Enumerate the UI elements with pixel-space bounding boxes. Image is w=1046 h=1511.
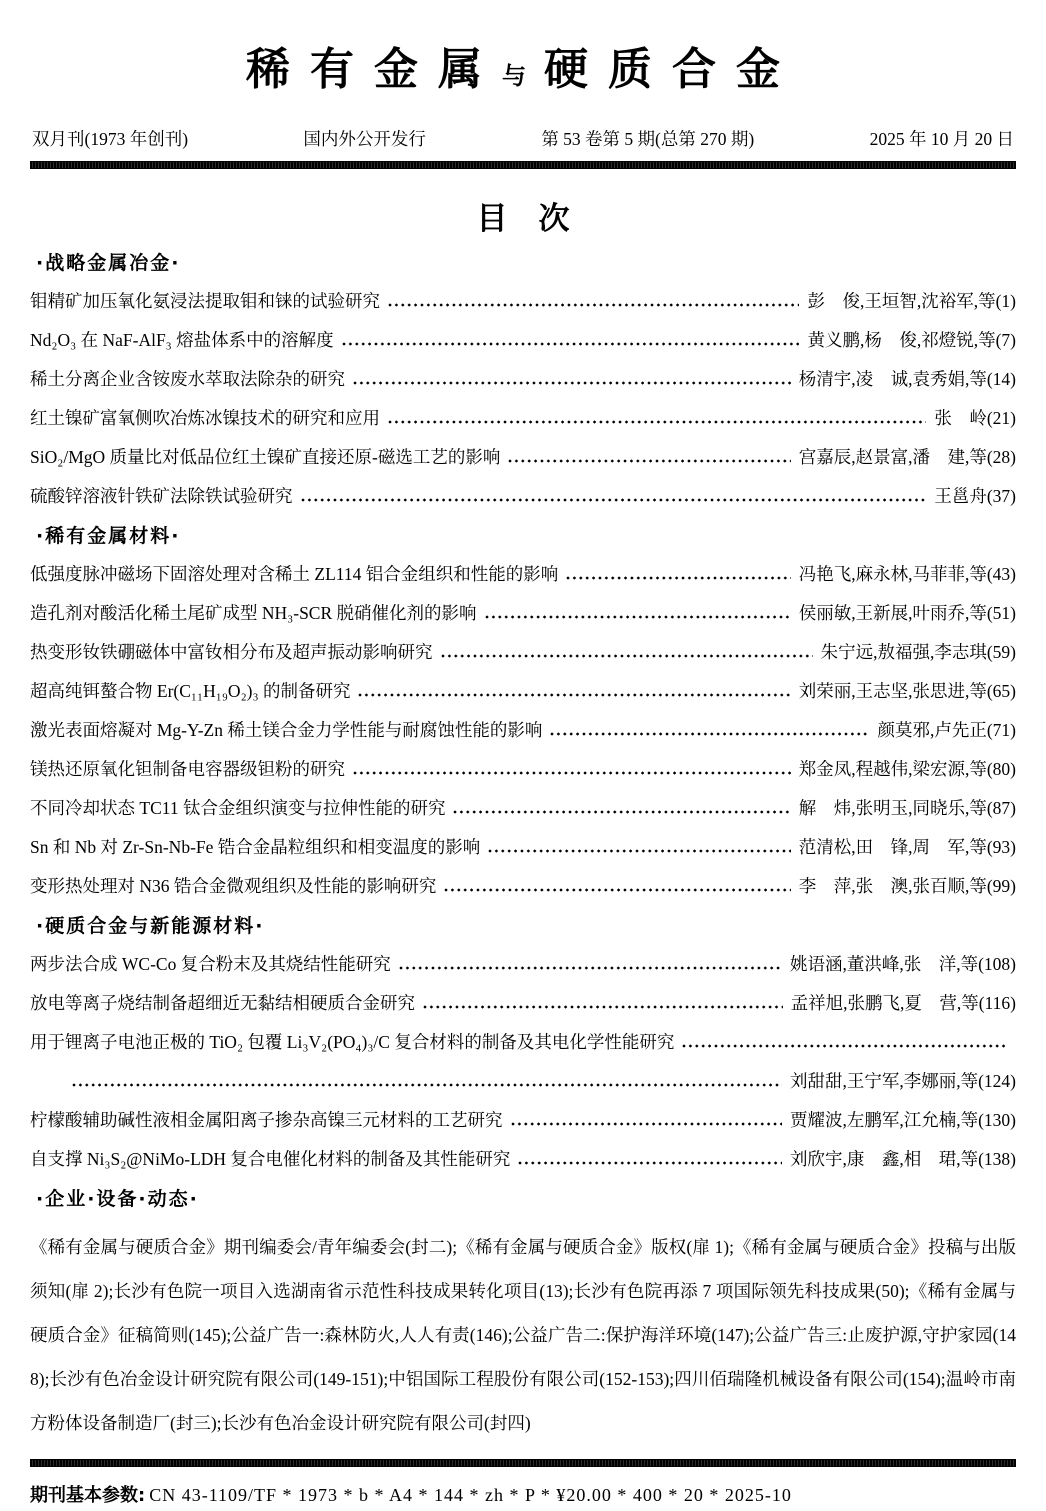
dot-leader <box>566 576 790 580</box>
entry-authors: 刘甜甜,王宁军,李娜丽,等 <box>790 1069 978 1093</box>
section-heading-enterprise-equipment-news: ·企业·设备·动态· <box>36 1186 1016 1212</box>
misc-items-paragraph: 《稀有金属与硬质合金》期刊编委会/青年编委会(封二);《稀有金属与硬质合金》版权… <box>30 1225 1016 1445</box>
dot-leader <box>388 303 799 307</box>
entry-title: 放电等离子烧结制备超细近无黏结相硬质合金研究 <box>30 991 415 1015</box>
toc-entry: Sn 和 Nb 对 Zr-Sn-Nb-Fe 锆合金晶粒组织和相变温度的影响范清松… <box>30 835 1016 859</box>
entry-title: 超高纯铒螯合物 Er(C₁₁H₁₉O₂)₃ 的制备研究 <box>30 679 350 703</box>
toc-entry: 变形热处理对 N36 锆合金微观组织及性能的影响研究李 萍,张 澳,张百顺,等(… <box>30 874 1016 898</box>
entry-authors: 解 炜,张明玉,同晓乐,等 <box>799 796 987 820</box>
entry-page: (65) <box>987 679 1016 703</box>
section-heading-strategic-metallurgy: ·战略金属冶金· <box>36 250 1016 276</box>
entry-page: (138) <box>978 1147 1016 1171</box>
entry-page: (93) <box>987 835 1016 859</box>
toc-entry: 自支撑 Ni₃S₂@NiMo-LDH 复合电催化材料的制备及其性能研究刘欣宇,康… <box>30 1147 1016 1171</box>
entry-page: (130) <box>978 1108 1016 1132</box>
entry-page: (7) <box>996 328 1016 352</box>
entry-authors: 贾耀波,左鹏军,江允楠,等 <box>790 1108 978 1132</box>
entry-page: (99) <box>987 874 1016 898</box>
dot-leader <box>342 342 800 346</box>
entry-title: 柠檬酸辅助碱性液相金属阳离子掺杂高镍三元材料的工艺研究 <box>30 1108 503 1132</box>
entry-title: 低强度脉冲磁场下固溶处理对含稀土 ZL114 铝合金组织和性能的影响 <box>30 562 558 586</box>
entry-page: (1) <box>996 289 1016 313</box>
entry-title: 稀土分离企业含铵废水萃取法除杂的研究 <box>30 367 345 391</box>
section-heading-rare-metal-materials: ·稀有金属材料· <box>36 523 1016 549</box>
entry-page: (59) <box>987 640 1016 664</box>
dot-leader <box>301 498 927 502</box>
toc-entry: 放电等离子烧结制备超细近无黏结相硬质合金研究孟祥旭,张鹏飞,夏 营,等(116) <box>30 991 1016 1015</box>
toc-entry: 热变形钕铁硼磁体中富钕相分布及超声振动影响研究朱宁远,敖福强,李志琪(59) <box>30 640 1016 664</box>
dot-leader <box>72 1083 782 1087</box>
toc-entry: 镁热还原氧化钽制备电容器级钽粉的研究郑金凤,程越伟,梁宏源,等(80) <box>30 757 1016 781</box>
dot-leader <box>508 459 790 463</box>
entry-title: 自支撑 Ni₃S₂@NiMo-LDH 复合电催化材料的制备及其性能研究 <box>30 1147 510 1171</box>
entry-authors: 侯丽敏,王新展,叶雨乔,等 <box>799 601 987 625</box>
journal-toc-page: 稀有金属与硬质合金 双月刊(1973 年创刊) 国内外公开发行 第 53 卷第 … <box>0 0 1046 1507</box>
entry-title: 变形热处理对 N36 锆合金微观组织及性能的影响研究 <box>30 874 436 898</box>
journal-title-right: 硬质合金 <box>544 44 800 95</box>
divider-rule-bottom <box>30 1459 1016 1467</box>
entry-title: SiO₂/MgO 质量比对低品位红土镍矿直接还原-磁选工艺的影响 <box>30 445 500 469</box>
dot-leader <box>485 615 791 619</box>
entry-title: 热变形钕铁硼磁体中富钕相分布及超声振动影响研究 <box>30 640 433 664</box>
toc-entry: SiO₂/MgO 质量比对低品位红土镍矿直接还原-磁选工艺的影响宫嘉辰,赵景富,… <box>30 445 1016 469</box>
divider-rule-top <box>30 161 1016 169</box>
entry-authors: 杨清宇,凌 诚,袁秀娟,等 <box>799 367 987 391</box>
journal-parameters-row: 期刊基本参数: CN 43-1109/TF * 1973 * b * A4 * … <box>30 1481 1016 1507</box>
dot-leader <box>353 381 791 385</box>
publication-frequency: 双月刊(1973 年创刊) <box>32 126 188 151</box>
dot-leader <box>388 420 926 424</box>
entry-title: 不同冷却状态 TC11 钛合金组织演变与拉伸性能的研究 <box>30 796 445 820</box>
toc-entry: 红土镍矿富氧侧吹冶炼冰镍技术的研究和应用张 岭(21) <box>30 406 1016 430</box>
entry-page: (116) <box>979 991 1016 1015</box>
toc-entry: 柠檬酸辅助碱性液相金属阳离子掺杂高镍三元材料的工艺研究贾耀波,左鹏军,江允楠,等… <box>30 1108 1016 1132</box>
entry-authors: 颜莫邪,卢先正 <box>877 718 986 742</box>
entry-authors: 刘欣宇,康 鑫,相 珺,等 <box>790 1147 978 1171</box>
entry-title: 激光表面熔凝对 Mg-Y-Zn 稀土镁合金力学性能与耐腐蚀性能的影响 <box>30 718 542 742</box>
dot-leader <box>453 810 790 814</box>
dot-leader <box>518 1161 782 1165</box>
toc-entry: 两步法合成 WC-Co 复合粉末及其烧结性能研究姚语涵,董洪峰,张 洋,等(10… <box>30 952 1016 976</box>
entry-authors: 李 萍,张 澳,张百顺,等 <box>799 874 987 898</box>
entry-authors: 郑金凤,程越伟,梁宏源,等 <box>799 757 987 781</box>
entry-page: (28) <box>987 445 1016 469</box>
publication-date: 2025 年 10 月 20 日 <box>870 126 1014 151</box>
entry-title: 造孔剂对酸活化稀土尾矿成型 NH₃-SCR 脱硝催化剂的影响 <box>30 601 477 625</box>
entry-page: (37) <box>987 484 1016 508</box>
entry-authors: 姚语涵,董洪峰,张 洋,等 <box>790 952 978 976</box>
toc-title: 目 次 <box>30 193 1016 238</box>
dot-leader <box>423 1005 783 1009</box>
entry-authors: 冯艳飞,麻永林,马菲菲,等 <box>799 562 987 586</box>
entry-title: 红土镍矿富氧侧吹冶炼冰镍技术的研究和应用 <box>30 406 380 430</box>
toc-entry: 稀土分离企业含铵废水萃取法除杂的研究杨清宇,凌 诚,袁秀娟,等(14) <box>30 367 1016 391</box>
dot-leader <box>399 966 782 970</box>
entry-page: (80) <box>987 757 1016 781</box>
entry-title: Nd₂O₃ 在 NaF-AlF₃ 熔盐体系中的溶解度 <box>30 328 334 352</box>
entry-title: 钼精矿加压氧化氨浸法提取钼和铼的试验研究 <box>30 289 380 313</box>
section-heading-carbide-new-energy: ·硬质合金与新能源材料· <box>36 913 1016 939</box>
toc-entry: 不同冷却状态 TC11 钛合金组织演变与拉伸性能的研究解 炜,张明玉,同晓乐,等… <box>30 796 1016 820</box>
entry-title: 两步法合成 WC-Co 复合粉末及其烧结性能研究 <box>30 952 391 976</box>
journal-title-connector: 与 <box>502 62 544 90</box>
entry-authors: 范清松,田 锋,周 军,等 <box>799 835 987 859</box>
entry-authors: 王邕舟 <box>934 484 987 508</box>
entry-page: (108) <box>978 952 1016 976</box>
dot-leader <box>353 771 791 775</box>
dot-leader <box>488 849 790 853</box>
dot-leader <box>441 654 813 658</box>
entry-authors: 孟祥旭,张鹏飞,夏 营,等 <box>791 991 979 1015</box>
entry-page: (21) <box>987 406 1016 430</box>
entry-authors: 朱宁远,敖福强,李志琪 <box>821 640 987 664</box>
entry-authors: 彭 俊,王垣智,沈裕军,等 <box>807 289 995 313</box>
toc-entry: 低强度脉冲磁场下固溶处理对含稀土 ZL114 铝合金组织和性能的影响冯艳飞,麻永… <box>30 562 1016 586</box>
toc-entry: 激光表面熔凝对 Mg-Y-Zn 稀土镁合金力学性能与耐腐蚀性能的影响颜莫邪,卢先… <box>30 718 1016 742</box>
entry-page: (43) <box>987 562 1016 586</box>
entry-page: (51) <box>987 601 1016 625</box>
toc-entry: Nd₂O₃ 在 NaF-AlF₃ 熔盐体系中的溶解度黄义鹏,杨 俊,祁燈锐,等(… <box>30 328 1016 352</box>
journal-parameters-value: CN 43-1109/TF * 1973 * b * A4 * 144 * zh… <box>149 1485 792 1506</box>
entry-authors: 宫嘉辰,赵景富,潘 建,等 <box>799 445 987 469</box>
toc-entry: 钼精矿加压氧化氨浸法提取钼和铼的试验研究彭 俊,王垣智,沈裕军,等(1) <box>30 289 1016 313</box>
entry-page: (14) <box>987 367 1016 391</box>
entry-page: (124) <box>978 1069 1016 1093</box>
entry-page: (87) <box>987 796 1016 820</box>
toc-entry: 造孔剂对酸活化稀土尾矿成型 NH₃-SCR 脱硝催化剂的影响侯丽敏,王新展,叶雨… <box>30 601 1016 625</box>
journal-title: 稀有金属与硬质合金 <box>30 44 1016 102</box>
entry-title: 硫酸锌溶液针铁矿法除铁试验研究 <box>30 484 293 508</box>
entry-page: (71) <box>987 718 1016 742</box>
masthead-info-row: 双月刊(1973 年创刊) 国内外公开发行 第 53 卷第 5 期(总第 270… <box>30 126 1016 151</box>
volume-issue: 第 53 卷第 5 期(总第 270 期) <box>541 126 754 151</box>
entry-authors: 黄义鹏,杨 俊,祁燈锐,等 <box>807 328 995 352</box>
dot-leader <box>511 1122 782 1126</box>
dot-leader <box>358 693 790 697</box>
toc-entry: 硫酸锌溶液针铁矿法除铁试验研究王邕舟(37) <box>30 484 1016 508</box>
entry-title: Sn 和 Nb 对 Zr-Sn-Nb-Fe 锆合金晶粒组织和相变温度的影响 <box>30 835 480 859</box>
entry-authors: 张 岭 <box>934 406 987 430</box>
dot-leader <box>550 732 869 736</box>
toc-entry-wrapped-authors: 刘甜甜,王宁军,李娜丽,等(124) <box>30 1069 1016 1093</box>
entry-title: 镁热还原氧化钽制备电容器级钽粉的研究 <box>30 757 345 781</box>
journal-parameters-label: 期刊基本参数: <box>30 1481 145 1507</box>
entry-authors: 刘荣丽,王志坚,张思进,等 <box>799 679 987 703</box>
distribution-scope: 国内外公开发行 <box>303 126 426 151</box>
toc-entry-wrapped-title: 用于锂离子电池正极的 TiO₂ 包覆 Li₃V₂(PO₄)₃/C 复合材料的制备… <box>30 1030 1016 1054</box>
entry-title: 用于锂离子电池正极的 TiO₂ 包覆 Li₃V₂(PO₄)₃/C 复合材料的制备… <box>30 1030 674 1054</box>
dot-leader <box>682 1044 1008 1048</box>
journal-title-left: 稀有金属 <box>246 44 502 95</box>
toc-entry: 超高纯铒螯合物 Er(C₁₁H₁₉O₂)₃ 的制备研究刘荣丽,王志坚,张思进,等… <box>30 679 1016 703</box>
dot-leader <box>444 888 790 892</box>
